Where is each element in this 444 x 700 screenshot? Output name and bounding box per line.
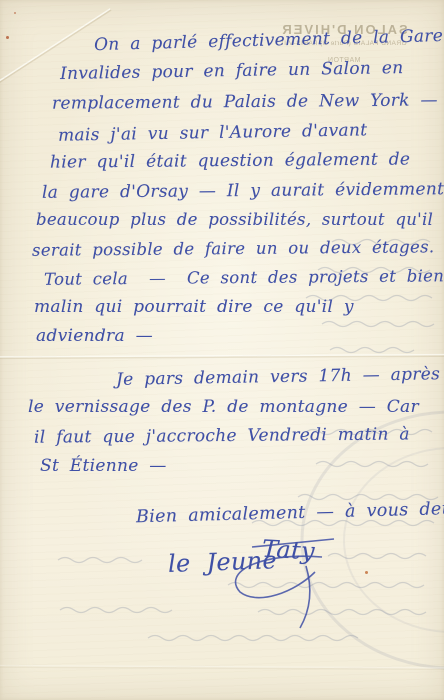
paper-speck — [365, 571, 368, 574]
handwritten-line-2: Invalides pour en faire un Salon en — [60, 58, 404, 84]
handwritten-line-3: remplacement du Palais de New York — — [52, 90, 438, 113]
fold-crease-middle — [0, 354, 444, 359]
handwritten-line-12: Je pars demain vers 17h — après — [116, 364, 440, 390]
fold-crease-bottom — [0, 665, 444, 670]
letter-page: SALON D'HIVER GRAND PALAIS (Porte G) PAR… — [0, 0, 444, 700]
handwritten-line-15: St Étienne — — [40, 456, 167, 476]
handwritten-line-5: hier qu'il était question également de — [50, 149, 410, 172]
handwritten-line-1: On a parlé effectivement de la Gare des — [94, 25, 444, 55]
handwritten-line-10: malin qui pourrait dire ce qu'il y — [34, 297, 354, 317]
signature-part2: Taty — [261, 535, 315, 566]
handwritten-line-14: il faut que j'accroche Vendredi matin à — [34, 424, 410, 447]
handwritten-line-11: adviendra — — [36, 326, 153, 346]
paper-speck — [14, 12, 16, 14]
handwritten-line-6: la gare d'Orsay — Il y aurait évidemment — [42, 179, 444, 203]
handwritten-line-16: Bien amicalement — à vous deux — [136, 499, 444, 528]
paper-speck — [6, 36, 9, 39]
handwritten-line-7: beaucoup plus de possibilités, surtout q… — [36, 210, 433, 229]
handwritten-line-8: serait possible de faire un ou deux étag… — [32, 237, 434, 260]
handwritten-line-9: Tout cela — Ce sont des projets et bien — [44, 266, 444, 288]
handwritten-line-13: le vernissage des P. de montagne — Car — [28, 397, 419, 417]
handwritten-line-4: mais j'ai vu sur l'Aurore d'avant — [58, 120, 368, 145]
